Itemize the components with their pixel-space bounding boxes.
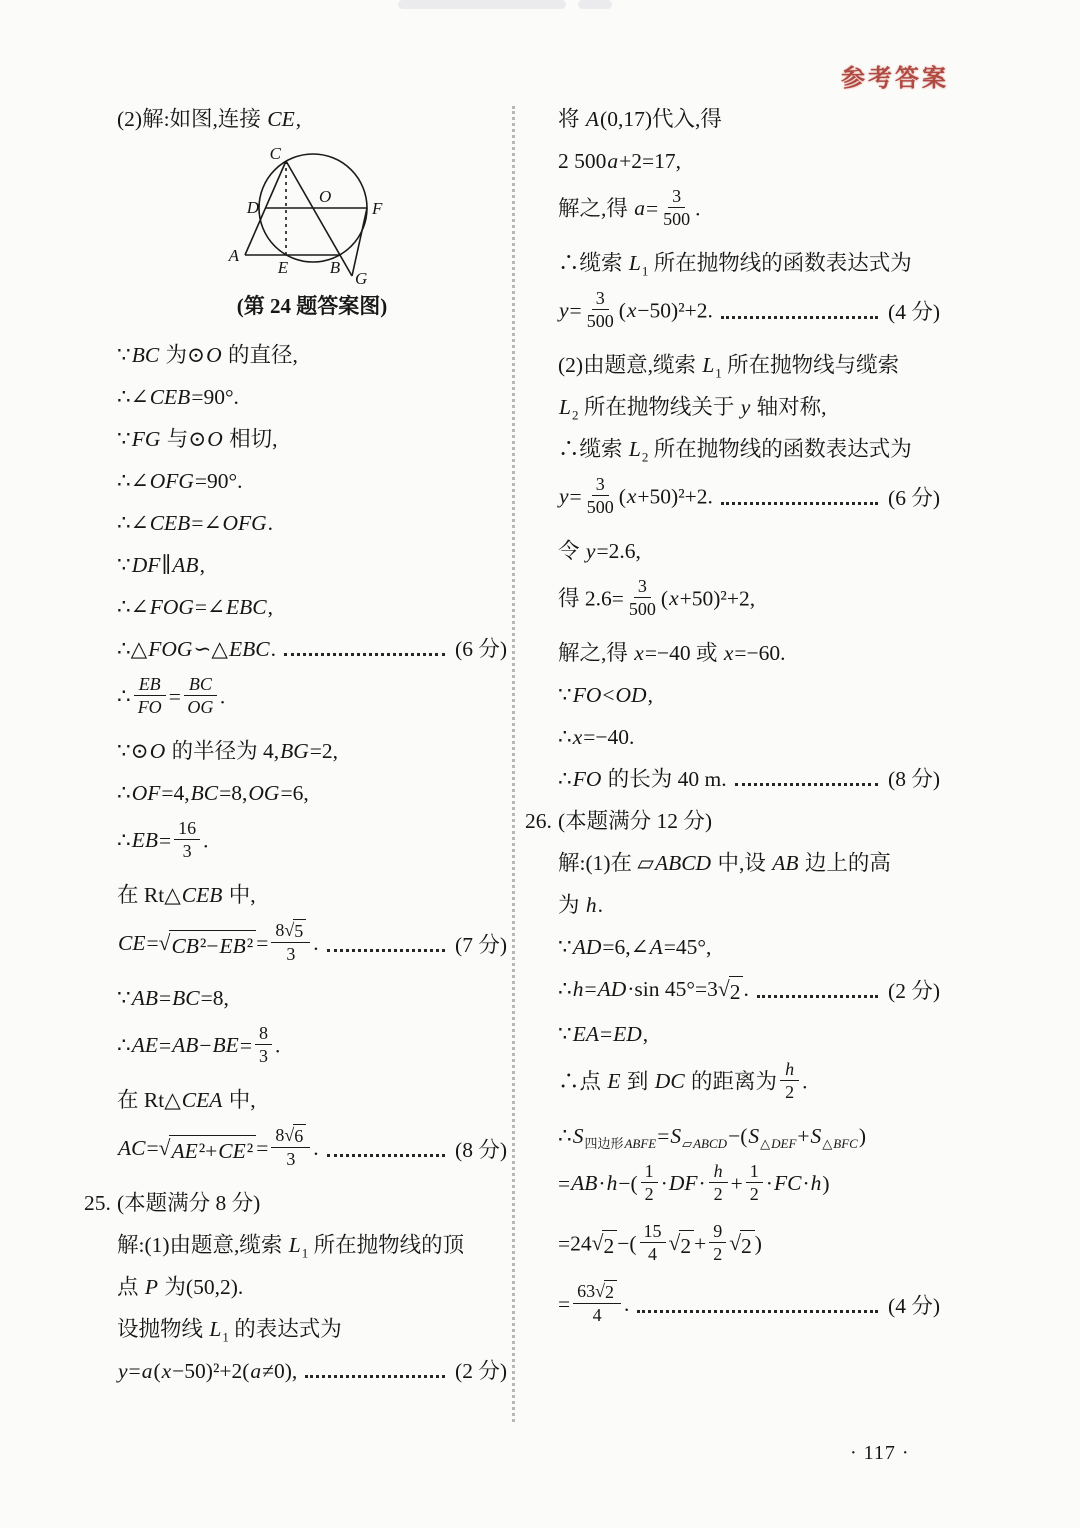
formula-text: ∴点 E 到 DC 的距离为h2. <box>558 1061 807 1106</box>
formula-text: ∴缆索 L2 所在抛物线的函数表达式为 <box>558 434 912 465</box>
score-label: (6 分) <box>888 483 940 514</box>
math-line: ∵FO<OD, <box>558 680 940 711</box>
math-line: y=3500(x+50)²+2.(6 分) <box>558 476 940 521</box>
formula-text: ∵AB=BC=8, <box>117 983 229 1014</box>
math-line: (2)由题意,缆索 L1 所在抛物线与缆索 <box>558 350 940 381</box>
scan-artifact <box>578 0 612 9</box>
math-line: ∴FO 的长为 40 m.(8 分) <box>558 764 940 795</box>
math-line: ∴AE=AB−BE=83. <box>117 1025 507 1070</box>
label-F: F <box>371 199 383 218</box>
formula-text: ∵AD=6,∠A=45°, <box>558 932 711 963</box>
math-line: =24√2−(154√2+92√2) <box>558 1223 940 1268</box>
math-line: 得 2.6=3500(x+50)²+2, <box>558 578 940 623</box>
formula-text: 2 500a+2=17, <box>558 146 681 177</box>
math-line: ∴点 E 到 DC 的距离为h2. <box>558 1061 940 1106</box>
math-line: 为 h. <box>558 890 940 921</box>
dotted-leader <box>327 949 445 952</box>
math-line: ∴S四边形ABFE=S▱ABCD−(S△DEF+S△BFC) <box>558 1121 940 1152</box>
formula-text: 解:(1)由题意,缆索 L1 所在抛物线的顶 <box>117 1230 464 1261</box>
score-label: (8 分) <box>455 1135 507 1166</box>
formula-text: ∵FO<OD, <box>558 680 653 711</box>
math-line: 点 P 为(50,2). <box>117 1272 507 1303</box>
formula-text: (本题满分 8 分) <box>117 1188 260 1219</box>
reference-answers-header: 参考答案 <box>841 58 949 93</box>
math-line: ∴OF=4,BC=8,OG=6, <box>117 778 507 809</box>
scan-artifact <box>398 0 566 9</box>
math-line: ∵DF∥AB, <box>117 550 507 581</box>
score-label: (8 分) <box>888 764 940 795</box>
formula-text: 为 h. <box>558 890 603 921</box>
formula-text: 解:(1)在 ▱ABCD 中,设 AB 边上的高 <box>558 848 891 879</box>
label-C: C <box>270 146 282 163</box>
math-line: ∵⊙O 的半径为 4,BG=2, <box>117 736 507 767</box>
math-line: ∴EB=163. <box>117 820 507 865</box>
circle-diagram: C O D F A E B G <box>225 146 403 288</box>
formula-text: 得 2.6=3500(x+50)²+2, <box>558 578 755 623</box>
math-line: (2)解:如图,连接 CE, <box>117 104 507 135</box>
formula-text: ∴x=−40. <box>558 722 634 753</box>
math-line: ∵BC 为⊙O 的直径, <box>117 340 507 371</box>
item-number: 25. <box>84 1188 117 1219</box>
formula-text: 解之,得 a=3500. <box>558 188 701 233</box>
formula-text: ∴缆索 L1 所在抛物线的函数表达式为 <box>558 248 912 279</box>
math-line: y=a(x−50)²+2(a≠0),(2 分) <box>117 1356 507 1387</box>
label-A: A <box>228 246 240 265</box>
formula-text: (本题满分 12 分) <box>558 806 712 837</box>
dotted-leader <box>757 995 878 998</box>
page-number: · 117 · <box>850 1442 910 1465</box>
score-label: (4 分) <box>888 297 940 328</box>
column-divider <box>512 106 515 1422</box>
math-line: y=3500(x−50)²+2.(4 分) <box>558 290 940 335</box>
math-line: ∴△FOG∽△EBC.(6 分) <box>117 634 507 665</box>
item-number: 26. <box>525 806 558 837</box>
math-line: 解之,得 x=−40 或 x=−60. <box>558 638 940 669</box>
formula-text: ∴S四边形ABFE=S▱ABCD−(S△DEF+S△BFC) <box>558 1121 866 1152</box>
math-line: 将 A(0,17)代入,得 <box>558 104 940 135</box>
math-line: ∴∠OFG=90°. <box>117 466 507 497</box>
formula-text: ∵DF∥AB, <box>117 550 205 581</box>
answer-page: 参考答案 (2)解:如图,连接 CE, C O D F <box>0 0 1080 1528</box>
math-line: 26.(本题满分 12 分) <box>558 806 940 837</box>
formula-text: 令 y=2.6, <box>558 536 641 567</box>
formula-text: y=3500(x−50)²+2. <box>558 290 713 335</box>
math-line: L2 所在抛物线关于 y 轴对称, <box>558 392 940 423</box>
math-line: 2 500a+2=17, <box>558 146 940 177</box>
formula-text: 在 Rt△CEB 中, <box>117 880 256 911</box>
score-label: (6 分) <box>455 634 507 665</box>
label-G: G <box>355 269 367 288</box>
formula-text: (2)解:如图,连接 CE, <box>117 104 301 135</box>
math-line: ∴缆索 L2 所在抛物线的函数表达式为 <box>558 434 940 465</box>
formula-text: L2 所在抛物线关于 y 轴对称, <box>558 392 827 423</box>
formula-text: 解之,得 x=−40 或 x=−60. <box>558 638 786 669</box>
formula-text: ∴EBFO=BCOG. <box>117 676 225 721</box>
formula-text: ∵BC 为⊙O 的直径, <box>117 340 298 371</box>
formula-text: ∵⊙O 的半径为 4,BG=2, <box>117 736 338 767</box>
label-O: O <box>319 187 331 206</box>
formula-text: ∴h=AD·sin 45°=3√2. <box>558 974 749 1008</box>
formula-text: ∵EA=ED, <box>558 1019 648 1050</box>
left-solution-lines: ∵BC 为⊙O 的直径,∴∠CEB=90°.∵FG 与⊙O 相切,∴∠OFG=9… <box>117 340 507 1387</box>
math-line: AC=√AE²+CE²=8√63.(8 分) <box>117 1127 507 1173</box>
score-label: (2 分) <box>455 1356 507 1387</box>
label-D: D <box>246 198 260 217</box>
formula-text: ∴OF=4,BC=8,OG=6, <box>117 778 309 809</box>
formula-text: 将 A(0,17)代入,得 <box>558 104 722 135</box>
math-line: 25.(本题满分 8 分) <box>117 1188 507 1219</box>
label-B: B <box>330 258 341 277</box>
geometry-figure: C O D F A E B G <box>225 146 403 288</box>
math-line: ∴∠CEB=∠OFG. <box>117 508 507 539</box>
math-line: ∴EBFO=BCOG. <box>117 676 507 721</box>
figure-caption: (第 24 题答案图) <box>207 292 417 320</box>
math-line: 解:(1)在 ▱ABCD 中,设 AB 边上的高 <box>558 848 940 879</box>
math-line: ∴h=AD·sin 45°=3√2.(2 分) <box>558 974 940 1008</box>
formula-text: AC=√AE²+CE²=8√63. <box>117 1127 319 1173</box>
formula-text: ∵FG 与⊙O 相切, <box>117 424 278 455</box>
right-solution-lines: 将 A(0,17)代入,得2 500a+2=17,解之,得 a=3500.∴缆索… <box>558 104 940 1329</box>
math-line: 在 Rt△CEA 中, <box>117 1085 507 1116</box>
dotted-leader <box>305 1375 445 1378</box>
score-label: (7 分) <box>455 930 507 961</box>
math-line: ∵AB=BC=8, <box>117 983 507 1014</box>
formula-text: y=3500(x+50)²+2. <box>558 476 713 521</box>
left-column: (2)解:如图,连接 CE, C O D F A <box>117 104 507 1398</box>
dotted-leader <box>721 316 878 319</box>
left-intro: (2)解:如图,连接 CE, <box>117 104 507 135</box>
dotted-leader <box>327 1154 445 1157</box>
formula-text: ∴∠OFG=90°. <box>117 466 243 497</box>
formula-text: ∴∠CEB=∠OFG. <box>117 508 273 539</box>
formula-text: ∴EB=163. <box>117 820 208 865</box>
math-line: 解:(1)由题意,缆索 L1 所在抛物线的顶 <box>117 1230 507 1261</box>
math-line: 解之,得 a=3500. <box>558 188 940 233</box>
formula-text: =AB·h−(12·DF·h2+12·FC·h) <box>558 1163 830 1208</box>
formula-text: 在 Rt△CEA 中, <box>117 1085 256 1116</box>
math-line: ∴缆索 L1 所在抛物线的函数表达式为 <box>558 248 940 279</box>
math-line: ∴∠FOG=∠EBC, <box>117 592 507 623</box>
dotted-leader <box>721 502 878 505</box>
dotted-leader <box>284 653 445 656</box>
formula-text: ∴AE=AB−BE=83. <box>117 1025 280 1070</box>
math-line: 设抛物线 L1 的表达式为 <box>117 1314 507 1345</box>
math-line: =63√24.(4 分) <box>558 1283 940 1329</box>
formula-text: ∴FO 的长为 40 m. <box>558 764 727 795</box>
math-line: ∵FG 与⊙O 相切, <box>117 424 507 455</box>
score-label: (4 分) <box>888 1291 940 1322</box>
formula-text: CE=√CB²−EB²=8√53. <box>117 922 319 968</box>
math-line: CE=√CB²−EB²=8√53.(7 分) <box>117 922 507 968</box>
formula-text: (2)由题意,缆索 L1 所在抛物线与缆索 <box>558 350 899 381</box>
formula-text: ∴△FOG∽△EBC. <box>117 634 276 665</box>
math-line: ∵EA=ED, <box>558 1019 940 1050</box>
formula-text: y=a(x−50)²+2(a≠0), <box>117 1356 297 1387</box>
score-label: (2 分) <box>888 976 940 1007</box>
formula-text: ∴∠FOG=∠EBC, <box>117 592 273 623</box>
formula-text: =63√24. <box>558 1283 629 1329</box>
math-line: 在 Rt△CEB 中, <box>117 880 507 911</box>
formula-text: =24√2−(154√2+92√2) <box>558 1223 762 1268</box>
math-line: 令 y=2.6, <box>558 536 940 567</box>
math-line: ∴∠CEB=90°. <box>117 382 507 413</box>
label-E: E <box>277 258 289 277</box>
math-line: ∴x=−40. <box>558 722 940 753</box>
dotted-leader <box>735 783 878 786</box>
dotted-leader <box>637 1310 878 1313</box>
right-column: 将 A(0,17)代入,得2 500a+2=17,解之,得 a=3500.∴缆索… <box>558 104 940 1344</box>
formula-text: 点 P 为(50,2). <box>117 1272 243 1303</box>
math-line: ∵AD=6,∠A=45°, <box>558 932 940 963</box>
formula-text: ∴∠CEB=90°. <box>117 382 239 413</box>
formula-text: 设抛物线 L1 的表达式为 <box>117 1314 342 1345</box>
math-line: =AB·h−(12·DF·h2+12·FC·h) <box>558 1163 940 1208</box>
